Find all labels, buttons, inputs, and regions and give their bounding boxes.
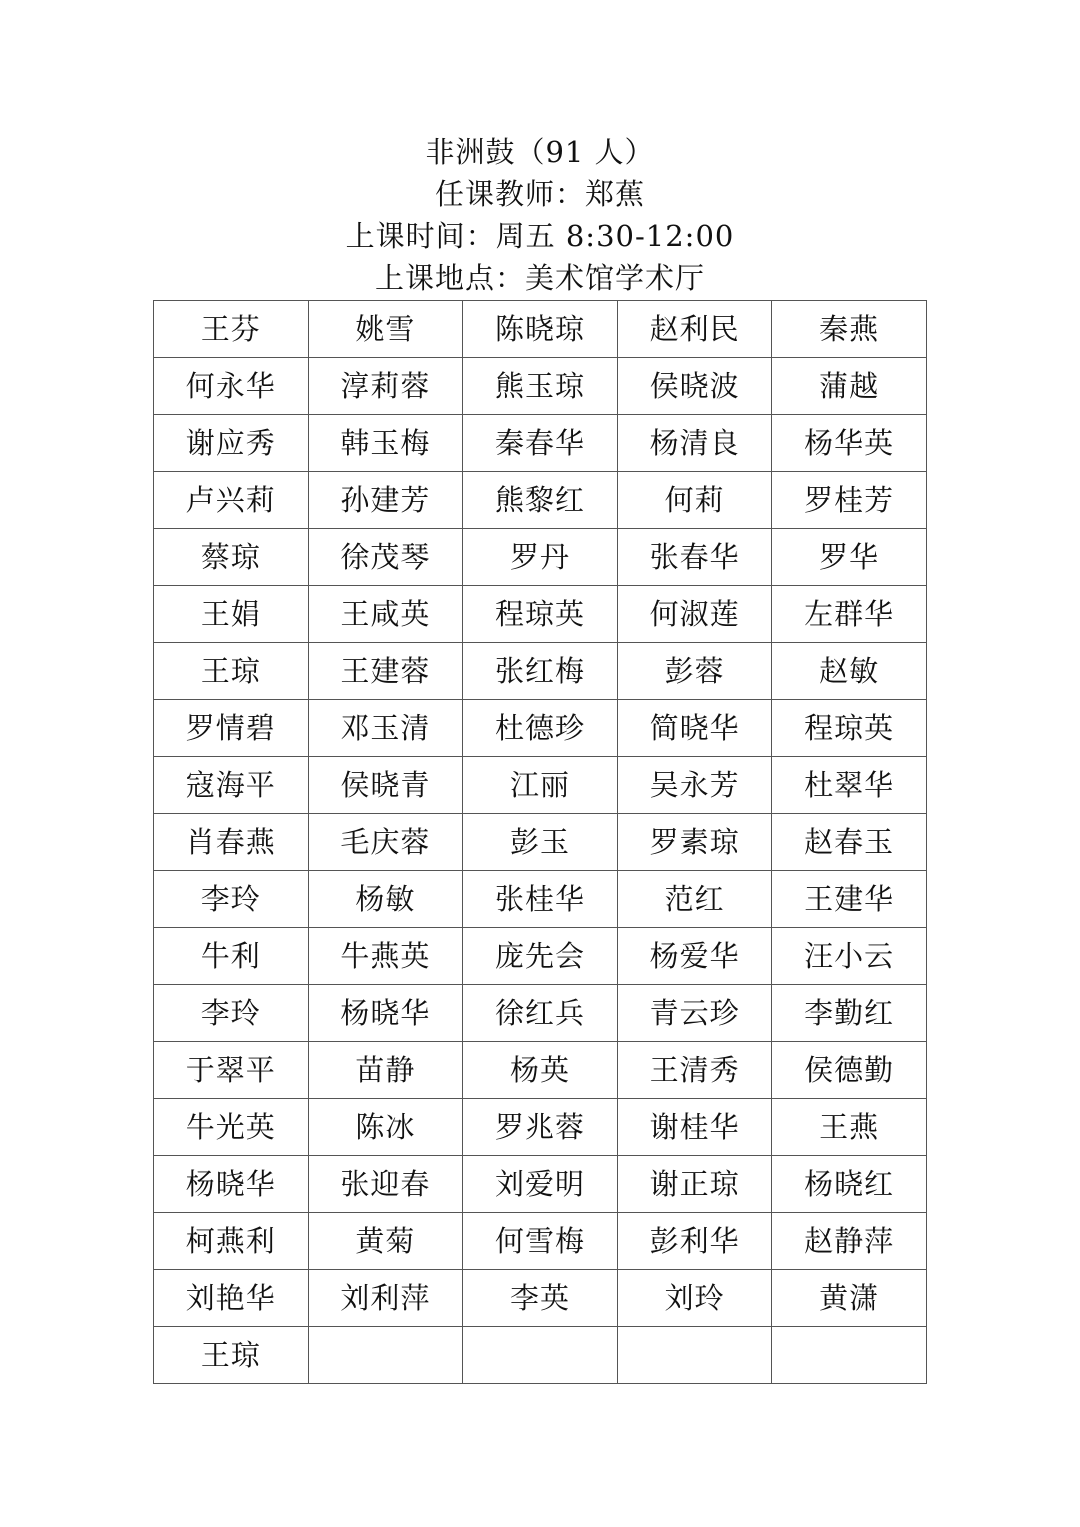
student-name-cell: 程琼英 xyxy=(463,586,618,643)
student-name-cell: 赵敏 xyxy=(772,643,927,700)
student-name-cell: 蒲越 xyxy=(772,358,927,415)
student-name-cell: 韩玉梅 xyxy=(308,415,463,472)
student-name-cell xyxy=(463,1327,618,1384)
student-name-cell: 罗桂芳 xyxy=(772,472,927,529)
student-name-cell: 王咸英 xyxy=(308,586,463,643)
student-name-cell: 卢兴莉 xyxy=(154,472,309,529)
table-row: 牛利牛燕英庞先会杨爱华汪小云 xyxy=(154,928,927,985)
student-name-cell xyxy=(772,1327,927,1384)
document-header: 非洲鼓（91 人） 任课教师：郑蕉 上课时间：周五 8:30-12:00 上课地… xyxy=(0,131,1080,299)
student-name-cell: 姚雪 xyxy=(308,301,463,358)
course-teacher: 任课教师：郑蕉 xyxy=(0,173,1080,215)
student-name-cell: 邓玉清 xyxy=(308,700,463,757)
student-name-cell: 毛庆蓉 xyxy=(308,814,463,871)
student-name-cell: 陈晓琼 xyxy=(463,301,618,358)
student-name-cell: 吴永芳 xyxy=(617,757,772,814)
student-name-cell: 李勤红 xyxy=(772,985,927,1042)
student-name-cell: 赵春玉 xyxy=(772,814,927,871)
table-row: 李玲杨晓华徐红兵青云珍李勤红 xyxy=(154,985,927,1042)
course-location: 上课地点：美术馆学术厅 xyxy=(0,257,1080,299)
roster-body: 王芬姚雪陈晓琼赵利民秦燕何永华淳莉蓉熊玉琼侯晓波蒲越谢应秀韩玉梅秦春华杨清良杨华… xyxy=(154,301,927,1384)
student-name-cell: 侯晓波 xyxy=(617,358,772,415)
student-name-cell: 杜德珍 xyxy=(463,700,618,757)
student-name-cell: 熊玉琼 xyxy=(463,358,618,415)
student-name-cell: 谢应秀 xyxy=(154,415,309,472)
student-name-cell: 杨晓华 xyxy=(308,985,463,1042)
student-name-cell: 何淑莲 xyxy=(617,586,772,643)
course-time: 上课时间：周五 8:30-12:00 xyxy=(0,215,1080,257)
student-name-cell: 简晓华 xyxy=(617,700,772,757)
student-name-cell: 淳莉蓉 xyxy=(308,358,463,415)
student-name-cell: 庞先会 xyxy=(463,928,618,985)
student-name-cell: 杨清良 xyxy=(617,415,772,472)
student-name-cell: 杨英 xyxy=(463,1042,618,1099)
student-name-cell: 范红 xyxy=(617,871,772,928)
student-name-cell: 江丽 xyxy=(463,757,618,814)
table-row: 寇海平侯晓青江丽吴永芳杜翠华 xyxy=(154,757,927,814)
student-name-cell: 何永华 xyxy=(154,358,309,415)
student-name-cell: 牛燕英 xyxy=(308,928,463,985)
student-name-cell: 彭利华 xyxy=(617,1213,772,1270)
student-name-cell: 徐红兵 xyxy=(463,985,618,1042)
student-name-cell: 王建蓉 xyxy=(308,643,463,700)
student-name-cell: 程琼英 xyxy=(772,700,927,757)
student-name-cell xyxy=(308,1327,463,1384)
table-row: 刘艳华刘利萍李英刘玲黄潇 xyxy=(154,1270,927,1327)
student-name-cell: 罗情碧 xyxy=(154,700,309,757)
student-name-cell: 王清秀 xyxy=(617,1042,772,1099)
student-name-cell: 何莉 xyxy=(617,472,772,529)
student-name-cell: 王琼 xyxy=(154,643,309,700)
student-name-cell: 赵利民 xyxy=(617,301,772,358)
table-row: 于翠平苗静杨英王清秀侯德勤 xyxy=(154,1042,927,1099)
table-row: 何永华淳莉蓉熊玉琼侯晓波蒲越 xyxy=(154,358,927,415)
student-name-cell: 黄菊 xyxy=(308,1213,463,1270)
student-name-cell: 刘艳华 xyxy=(154,1270,309,1327)
student-name-cell: 杨晓红 xyxy=(772,1156,927,1213)
student-name-cell: 赵静萍 xyxy=(772,1213,927,1270)
student-name-cell: 谢正琼 xyxy=(617,1156,772,1213)
student-name-cell: 汪小云 xyxy=(772,928,927,985)
student-name-cell: 彭蓉 xyxy=(617,643,772,700)
table-row: 李玲杨敏张桂华范红王建华 xyxy=(154,871,927,928)
table-row: 卢兴莉孙建芳熊黎红何莉罗桂芳 xyxy=(154,472,927,529)
student-name-cell: 牛光英 xyxy=(154,1099,309,1156)
student-name-cell: 谢桂华 xyxy=(617,1099,772,1156)
student-name-cell: 寇海平 xyxy=(154,757,309,814)
student-name-cell: 陈冰 xyxy=(308,1099,463,1156)
student-name-cell: 罗兆蓉 xyxy=(463,1099,618,1156)
student-name-cell: 杨敏 xyxy=(308,871,463,928)
table-row: 王娟王咸英程琼英何淑莲左群华 xyxy=(154,586,927,643)
student-name-cell: 彭玉 xyxy=(463,814,618,871)
table-row: 罗情碧邓玉清杜德珍简晓华程琼英 xyxy=(154,700,927,757)
student-name-cell: 秦春华 xyxy=(463,415,618,472)
student-name-cell: 罗华 xyxy=(772,529,927,586)
table-row: 肖春燕毛庆蓉彭玉罗素琼赵春玉 xyxy=(154,814,927,871)
student-name-cell: 青云珍 xyxy=(617,985,772,1042)
student-name-cell: 侯晓青 xyxy=(308,757,463,814)
student-name-cell: 王建华 xyxy=(772,871,927,928)
student-name-cell: 刘玲 xyxy=(617,1270,772,1327)
student-name-cell: 王燕 xyxy=(772,1099,927,1156)
student-name-cell: 杜翠华 xyxy=(772,757,927,814)
student-name-cell: 张桂华 xyxy=(463,871,618,928)
table-row: 谢应秀韩玉梅秦春华杨清良杨华英 xyxy=(154,415,927,472)
student-name-cell: 罗素琼 xyxy=(617,814,772,871)
student-name-cell: 徐茂琴 xyxy=(308,529,463,586)
table-row: 蔡琼徐茂琴罗丹张春华罗华 xyxy=(154,529,927,586)
course-title: 非洲鼓（91 人） xyxy=(0,131,1080,173)
student-name-cell: 侯德勤 xyxy=(772,1042,927,1099)
table-row: 牛光英陈冰罗兆蓉谢桂华王燕 xyxy=(154,1099,927,1156)
student-name-cell: 刘利萍 xyxy=(308,1270,463,1327)
student-roster-table: 王芬姚雪陈晓琼赵利民秦燕何永华淳莉蓉熊玉琼侯晓波蒲越谢应秀韩玉梅秦春华杨清良杨华… xyxy=(153,300,927,1384)
student-name-cell: 于翠平 xyxy=(154,1042,309,1099)
table-row: 杨晓华张迎春刘爱明谢正琼杨晓红 xyxy=(154,1156,927,1213)
student-name-cell: 何雪梅 xyxy=(463,1213,618,1270)
student-name-cell: 李玲 xyxy=(154,871,309,928)
student-name-cell: 孙建芳 xyxy=(308,472,463,529)
student-name-cell: 王琼 xyxy=(154,1327,309,1384)
student-name-cell: 苗静 xyxy=(308,1042,463,1099)
table-row: 柯燕利黄菊何雪梅彭利华赵静萍 xyxy=(154,1213,927,1270)
student-name-cell xyxy=(617,1327,772,1384)
student-name-cell: 蔡琼 xyxy=(154,529,309,586)
student-name-cell: 张红梅 xyxy=(463,643,618,700)
student-name-cell: 肖春燕 xyxy=(154,814,309,871)
student-name-cell: 左群华 xyxy=(772,586,927,643)
student-name-cell: 熊黎红 xyxy=(463,472,618,529)
student-name-cell: 牛利 xyxy=(154,928,309,985)
student-name-cell: 杨晓华 xyxy=(154,1156,309,1213)
student-name-cell: 杨爱华 xyxy=(617,928,772,985)
table-row: 王琼王建蓉张红梅彭蓉赵敏 xyxy=(154,643,927,700)
student-name-cell: 王芬 xyxy=(154,301,309,358)
student-name-cell: 柯燕利 xyxy=(154,1213,309,1270)
table-row: 王琼 xyxy=(154,1327,927,1384)
student-name-cell: 张春华 xyxy=(617,529,772,586)
student-name-cell: 杨华英 xyxy=(772,415,927,472)
student-name-cell: 罗丹 xyxy=(463,529,618,586)
student-name-cell: 李英 xyxy=(463,1270,618,1327)
table-row: 王芬姚雪陈晓琼赵利民秦燕 xyxy=(154,301,927,358)
student-name-cell: 秦燕 xyxy=(772,301,927,358)
student-name-cell: 黄潇 xyxy=(772,1270,927,1327)
student-name-cell: 李玲 xyxy=(154,985,309,1042)
student-name-cell: 刘爱明 xyxy=(463,1156,618,1213)
student-name-cell: 张迎春 xyxy=(308,1156,463,1213)
student-name-cell: 王娟 xyxy=(154,586,309,643)
